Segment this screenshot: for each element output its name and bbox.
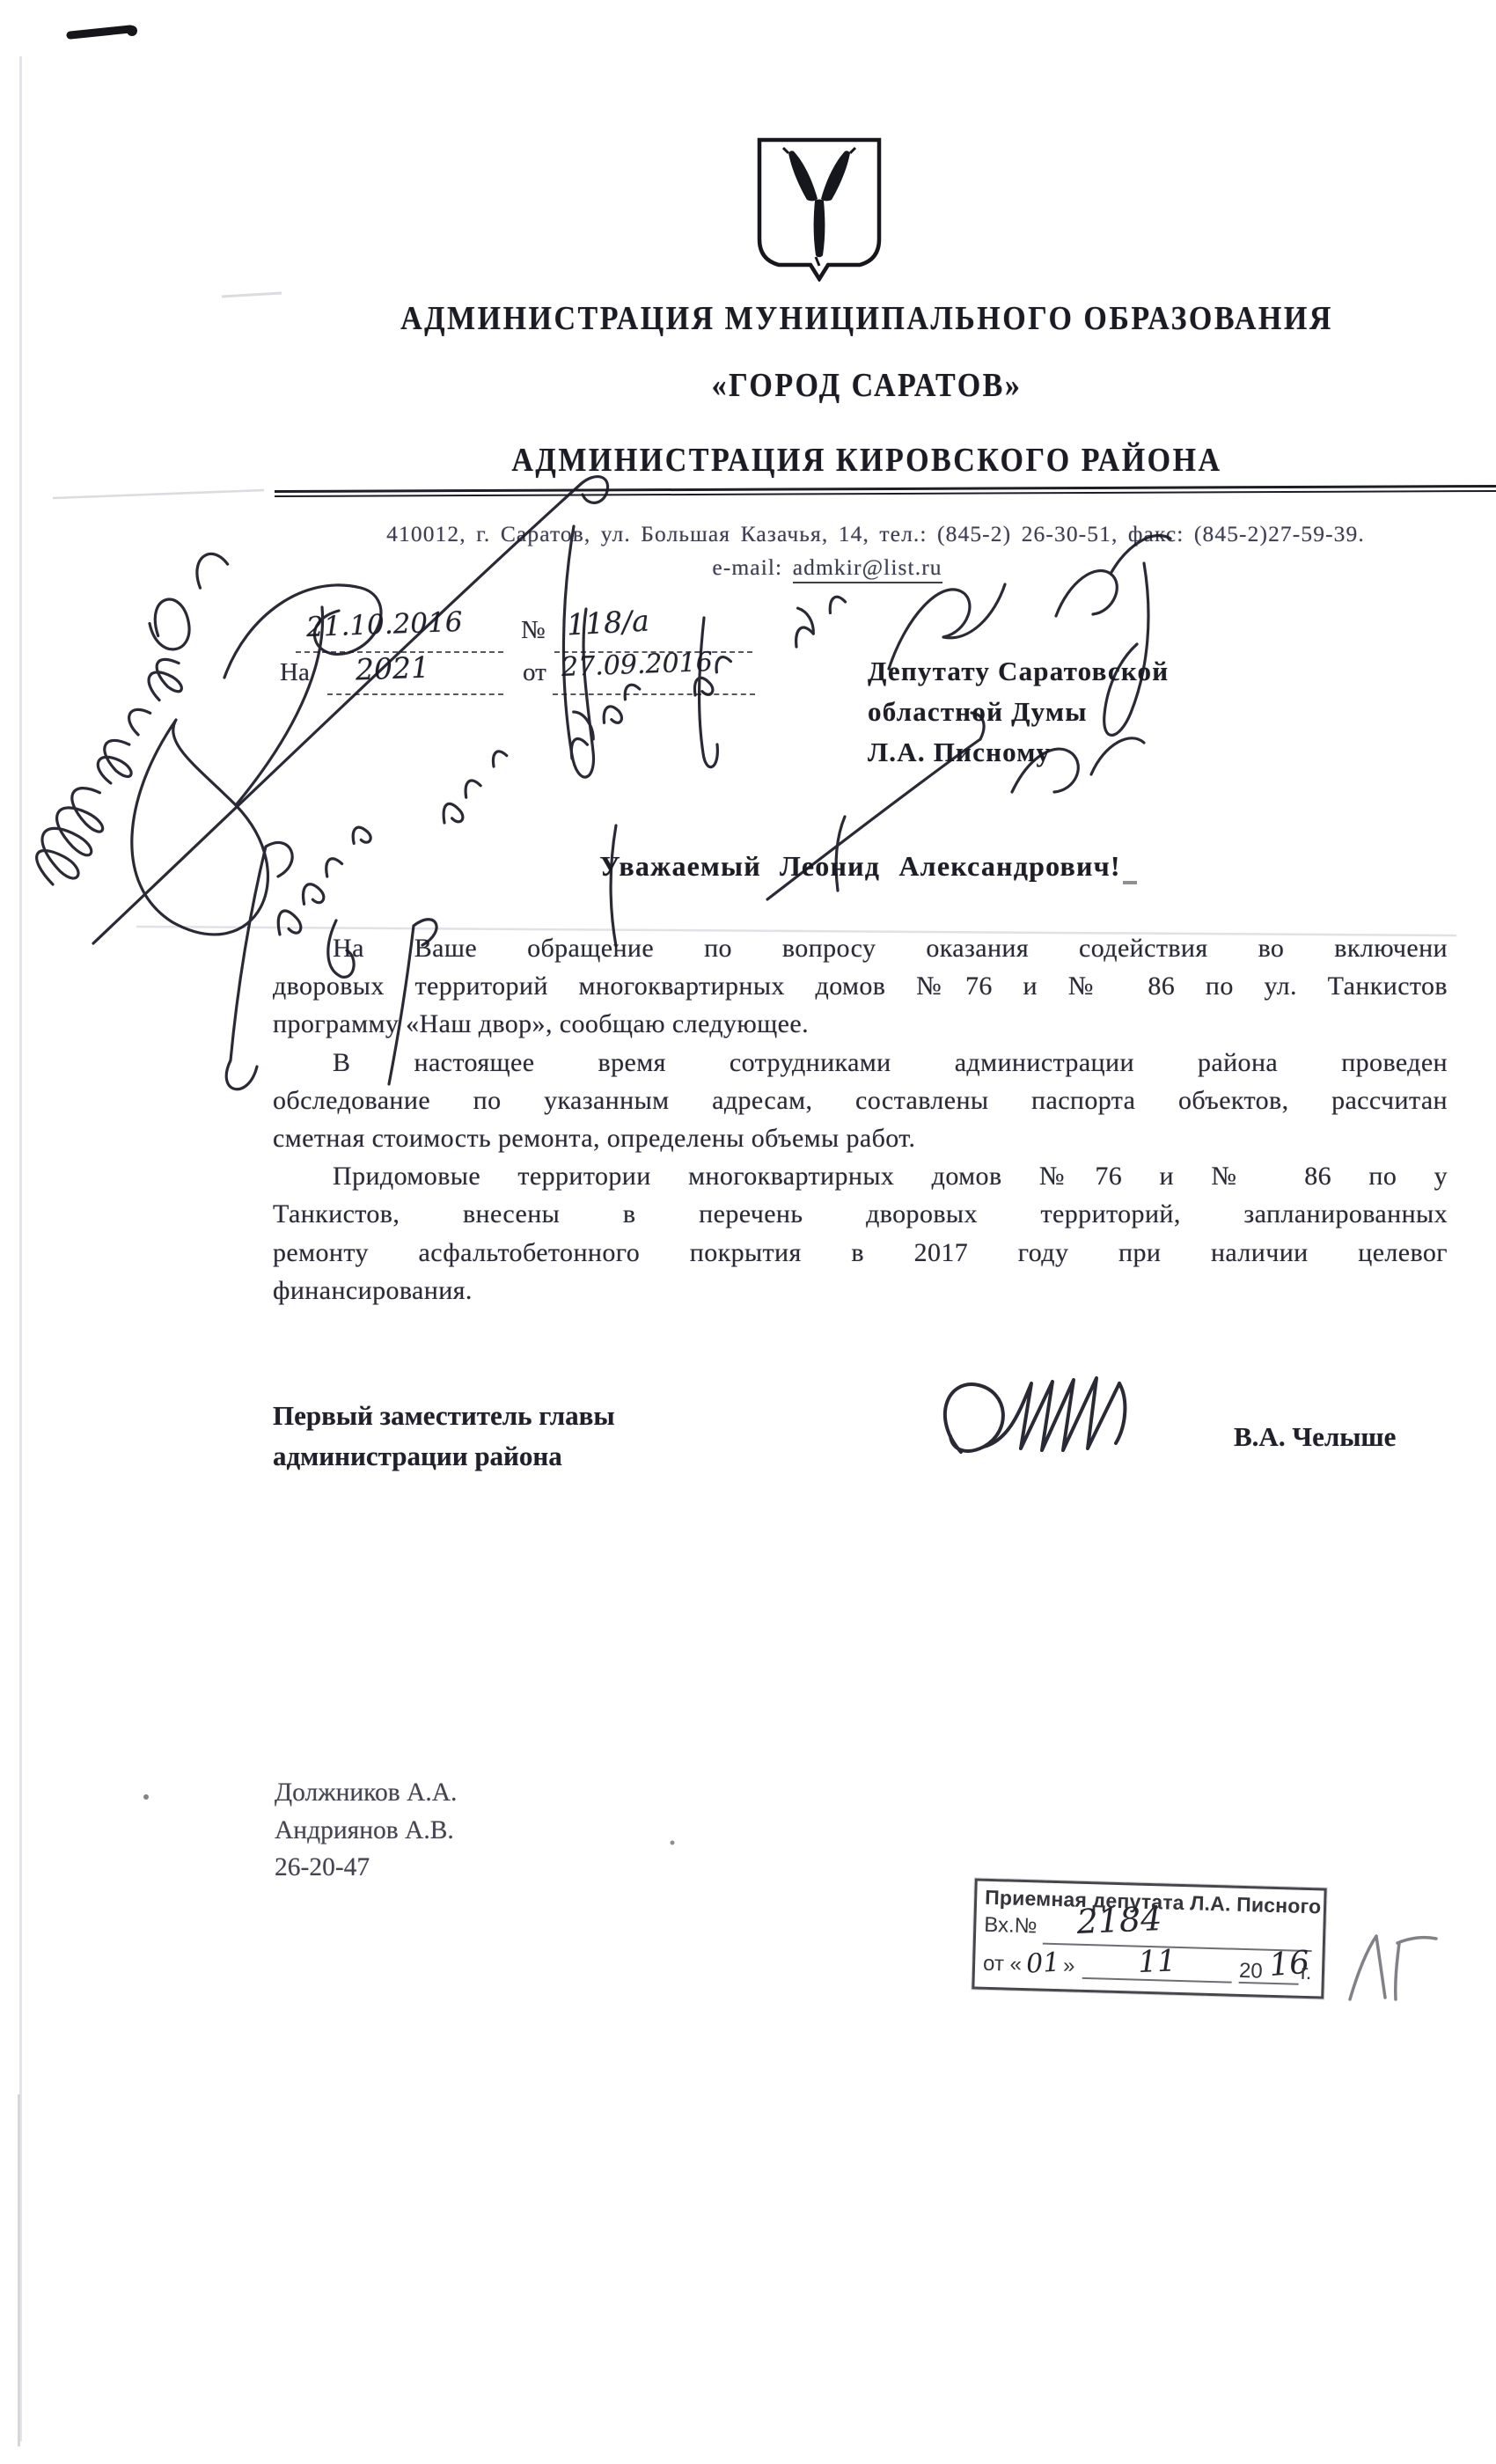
- handwritten-name-scrawl: [0, 544, 275, 893]
- official-signature-stroke: [945, 1378, 1126, 1452]
- letter-body: На Ваше обращение по вопросу оказания со…: [273, 929, 1448, 1309]
- stamp-date-prefix: от «: [983, 1952, 1023, 1977]
- reply-to-handwritten: 2021: [355, 650, 429, 687]
- recipient-line2: областной Думы: [868, 692, 1169, 732]
- stamp-day-handwritten: 01: [1025, 1947, 1060, 1980]
- email-value: admkir@list.ru: [793, 554, 942, 583]
- body-line: дворовых территорий многоквартирных домо…: [273, 967, 1448, 1005]
- email-label: e-mail:: [712, 554, 782, 580]
- org-name-line2: «ГОРОД САРАТОВ»: [238, 368, 1496, 406]
- org-email-line: e-mail: admkir@list.ru: [264, 554, 1390, 581]
- stamp-month-handwritten: 11: [1137, 1943, 1177, 1980]
- saratov-coat-of-arms-icon: [752, 137, 886, 282]
- body-line: сметная стоимость ремонта, определены об…: [273, 1119, 1448, 1157]
- signer-position-line1: Первый заместитель главы: [273, 1396, 615, 1436]
- body-line: программу «Наш двор», сообщаю следующее.: [273, 1005, 1448, 1043]
- body-line: финансирования.: [273, 1272, 1448, 1309]
- executor-name-2: Андриянов А.В.: [275, 1812, 457, 1850]
- stamp-year-suffix: г.: [1301, 1961, 1312, 1985]
- scanned-letter-page: АДМИНИСТРАЦИЯ МУНИЦИПАЛЬНОГО ОБРАЗОВАНИЯ…: [0, 0, 1496, 2464]
- executor-name-1: Должников А.А.: [275, 1774, 457, 1812]
- body-line: Танкистов, внесены в перечень дворовых т…: [273, 1195, 1448, 1233]
- letterhead-divider: [275, 485, 1496, 497]
- stamp-year-prefix: 20: [1239, 1959, 1263, 1984]
- from-field-line: [553, 693, 755, 695]
- number-label: №: [521, 616, 546, 645]
- from-date-handwritten: 27.09.2016: [561, 647, 713, 683]
- outgoing-date-handwritten: 21.10.2016: [305, 606, 463, 643]
- from-date-label: от: [523, 658, 546, 687]
- org-name-line3: АДМИНИСТРАЦИЯ КИРОВСКОГО РАЙОНА: [238, 443, 1496, 480]
- body-line: В настоящее время сотрудниками администр…: [273, 1044, 1448, 1082]
- number-handwritten: 118/а: [566, 604, 650, 642]
- recipient-block: Депутату Саратовской областной Думы Л.А.…: [868, 651, 1169, 773]
- reply-to-label: На: [280, 658, 310, 687]
- executors-block: Должников А.А. Андриянов А.В. 26-20-47: [275, 1774, 457, 1887]
- reply-field-line: [327, 693, 503, 695]
- signer-position-line2: администрации района: [273, 1436, 615, 1477]
- stamp-date-suffix: »: [1063, 1954, 1075, 1978]
- body-line: На Ваше обращение по вопросу оказания со…: [273, 929, 1448, 967]
- incoming-registration-stamp: Приемная депутата Л.А. Писного Вх.№ 2184…: [972, 1878, 1326, 1998]
- signer-position: Первый заместитель главы администрации р…: [273, 1396, 615, 1477]
- signer-name: В.А. Челыше: [1234, 1417, 1496, 1457]
- stamp-side-mark: [1350, 1936, 1436, 1999]
- body-line: ремонту асфальтобетонного покрытия в 201…: [273, 1234, 1448, 1272]
- recipient-line3: Л.А. Писному: [868, 732, 1169, 773]
- stamp-incoming-number-handwritten: 2184: [1076, 1899, 1162, 1941]
- body-line: Придомовые территории многоквартирных до…: [273, 1157, 1448, 1195]
- stamp-incoming-label: Вх.№: [984, 1913, 1038, 1940]
- recipient-line1: Депутату Саратовской: [868, 651, 1169, 692]
- salutation: Уважаемый Леонид Александрович!: [273, 850, 1448, 883]
- executor-phone: 26-20-47: [275, 1849, 457, 1887]
- org-name-line1: АДМИНИСТРАЦИЯ МУНИЦИПАЛЬНОГО ОБРАЗОВАНИЯ: [238, 301, 1496, 339]
- body-line: обследование по указанным адресам, соста…: [273, 1082, 1448, 1119]
- org-address: 410012, г. Саратов, ул. Большая Казачья,…: [264, 521, 1487, 547]
